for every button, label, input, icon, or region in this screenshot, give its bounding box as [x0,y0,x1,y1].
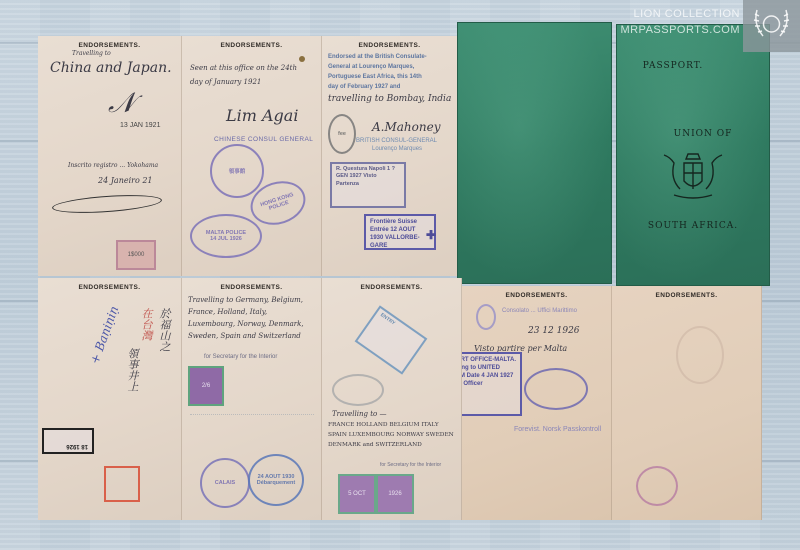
secretary-title: for Secretary for the Interior [380,462,441,468]
consul-signature: A.Mahoney [372,120,440,134]
swiss-cross-icon: ✚ [426,228,436,242]
handwritten-countries: FRANCE HOLLAND BELGIUM ITALY [328,422,439,428]
consular-crest-stamp [476,304,496,330]
consulate-oval-stamp: fee [328,114,356,154]
printed-endorsement: day of February 1927 and [328,84,400,90]
consul-location: Lourenço Marques [372,146,422,152]
consul-title: BRITISH CONSUL-GENERAL [356,138,437,144]
calais-stamp: CALAIS [200,458,250,508]
handwritten-text: Sweden, Spain and Switzerland [188,332,301,340]
printed-endorsement: Portuguese East Africa, this 14th [328,74,422,80]
chinese-consulate-stamp: 領事館 [210,144,264,198]
consul-signature: Lim Agai [226,106,298,125]
endorsement-page-1: ENDORSEMENTS. Travelling to China and Ja… [38,36,182,276]
handwritten-countries: DENMARK and SWITZERLAND [328,442,422,448]
handwritten-chinese-text: 領事井上 [124,348,140,392]
page-header: ENDORSEMENTS. [612,292,761,299]
handwritten-countries: SPAIN LUXEMBOURG NORWAY SWEDEN [328,432,454,438]
norwegian-stamp: Forevist. Norsk Passkontroll [514,426,601,433]
revenue-stamp: 2/6 [188,366,224,406]
questura-napoli-stamp: R. Questura Napoli 1 ? GEN 1927 Visto Pa… [330,162,406,208]
faint-circular-stamp [676,326,724,384]
blue-entry-stamp: ENTRY [355,305,428,374]
cover-country-line1: UNION OF [637,129,769,139]
handwritten-date: 23 12 1926 [528,326,580,336]
endorsement-page-2: ENDORSEMENTS. Seen at this office on the… [182,36,322,276]
signature-flourish [52,192,163,216]
endorsement-page-4: ENDORSEMENTS. + Baṇiṇiṇ 在台灣 於福山之 領事井上 18… [38,278,182,520]
handwritten-text: Inscrito registro ... Yokohama [68,162,158,169]
pink-circular-stamp [636,466,678,506]
handwritten-destination: travelling to Bombay, India [328,94,451,104]
handwritten-text: Travelling to Germany, Belgium, [188,296,303,304]
eyelet [299,56,305,62]
endorsement-page-7: ENDORSEMENTS. Consolato ... Uffici Marit… [462,286,612,520]
page-header: ENDORSEMENTS. [182,42,321,49]
page-header: ENDORSEMENTS. [38,42,181,49]
revenue-stamp: 1926 [376,474,414,514]
page-header: ENDORSEMENTS. [322,284,461,291]
passport-front-cover: PASSPORT. UNION OF SOUTH AFRICA. [616,24,770,286]
handwritten-text: Luxembourg, Norway, Denmark, [188,320,304,328]
handwritten-text: 24 Janeiro 21 [98,176,153,185]
watermark: LION COLLECTION MRPASSPORTS.COM [620,6,740,38]
handwritten-destination: China and Japan. [50,60,172,76]
malta-police-stamp: MALTA POLICE14 JUL 1926 [190,214,262,258]
revenue-stamp: 1$000 [116,240,156,270]
oval-consular-stamp [524,368,588,410]
printed-notice [190,414,314,434]
signature: 𝒩 [108,86,135,120]
watermark-website: MRPASSPORTS.COM [620,22,740,38]
secretary-title: for Secretary for the Interior [204,354,277,360]
watermark-collection: LION COLLECTION [620,6,740,22]
cover-country-line2: SOUTH AFRICA. [617,221,769,231]
debarquement-stamp: 24 AOUT 1930 Débarquement [248,454,304,506]
printed-endorsement: General at Lourenço Marques, [328,64,414,70]
cover-title: PASSPORT. [577,61,769,71]
handwritten-text: Travelling to — [332,410,386,418]
passport-office-malta-stamp: PASSPORT OFFICE-MALTA. Proceeding to UNI… [462,352,522,416]
laurel-wreath-lion-icon [743,0,800,52]
handwritten-red-text: 在台灣 [138,308,154,341]
consul-title: CHINESE CONSUL GENERAL [214,136,313,143]
handwritten-text: day of January 1921 [190,78,261,86]
page-header: ENDORSEMENTS. [462,292,611,299]
coat-of-arms-icon [658,149,728,210]
endorsement-page-3: ENDORSEMENTS. Endorsed at the British Co… [322,36,458,276]
spanish-entry-stamp: 18 1926 [42,428,94,454]
printed-endorsement: Endorsed at the British Consulate- [328,54,427,60]
endorsement-page-6: ENDORSEMENTS. ENTRY Travelling to — FRAN… [322,278,462,520]
handwritten-text: Travelling to [72,50,111,57]
page-header: ENDORSEMENTS. [322,42,457,49]
handwritten-text: Seen at this office on the 24th [190,64,297,72]
date-stamp: 13 JAN 1921 [120,122,160,129]
page-header: ENDORSEMENTS. [38,284,181,291]
revenue-stamp: 5 OCT [338,474,376,514]
faint-oval-stamp [332,374,384,406]
handwritten-text: France, Holland, Italy, [188,308,267,316]
handwritten-text: + Baṇiṇiṇ [87,304,121,366]
page-header: ENDORSEMENTS. [182,284,321,291]
consulate-header: Consolato ... Uffici Marittimo [502,308,577,314]
handwritten-chinese-text: 於福山之 [156,308,172,352]
endorsement-page-8: ENDORSEMENTS. [612,286,762,520]
red-seal-stamp [104,466,140,502]
endorsement-page-5: ENDORSEMENTS. Travelling to Germany, Bel… [182,278,322,520]
